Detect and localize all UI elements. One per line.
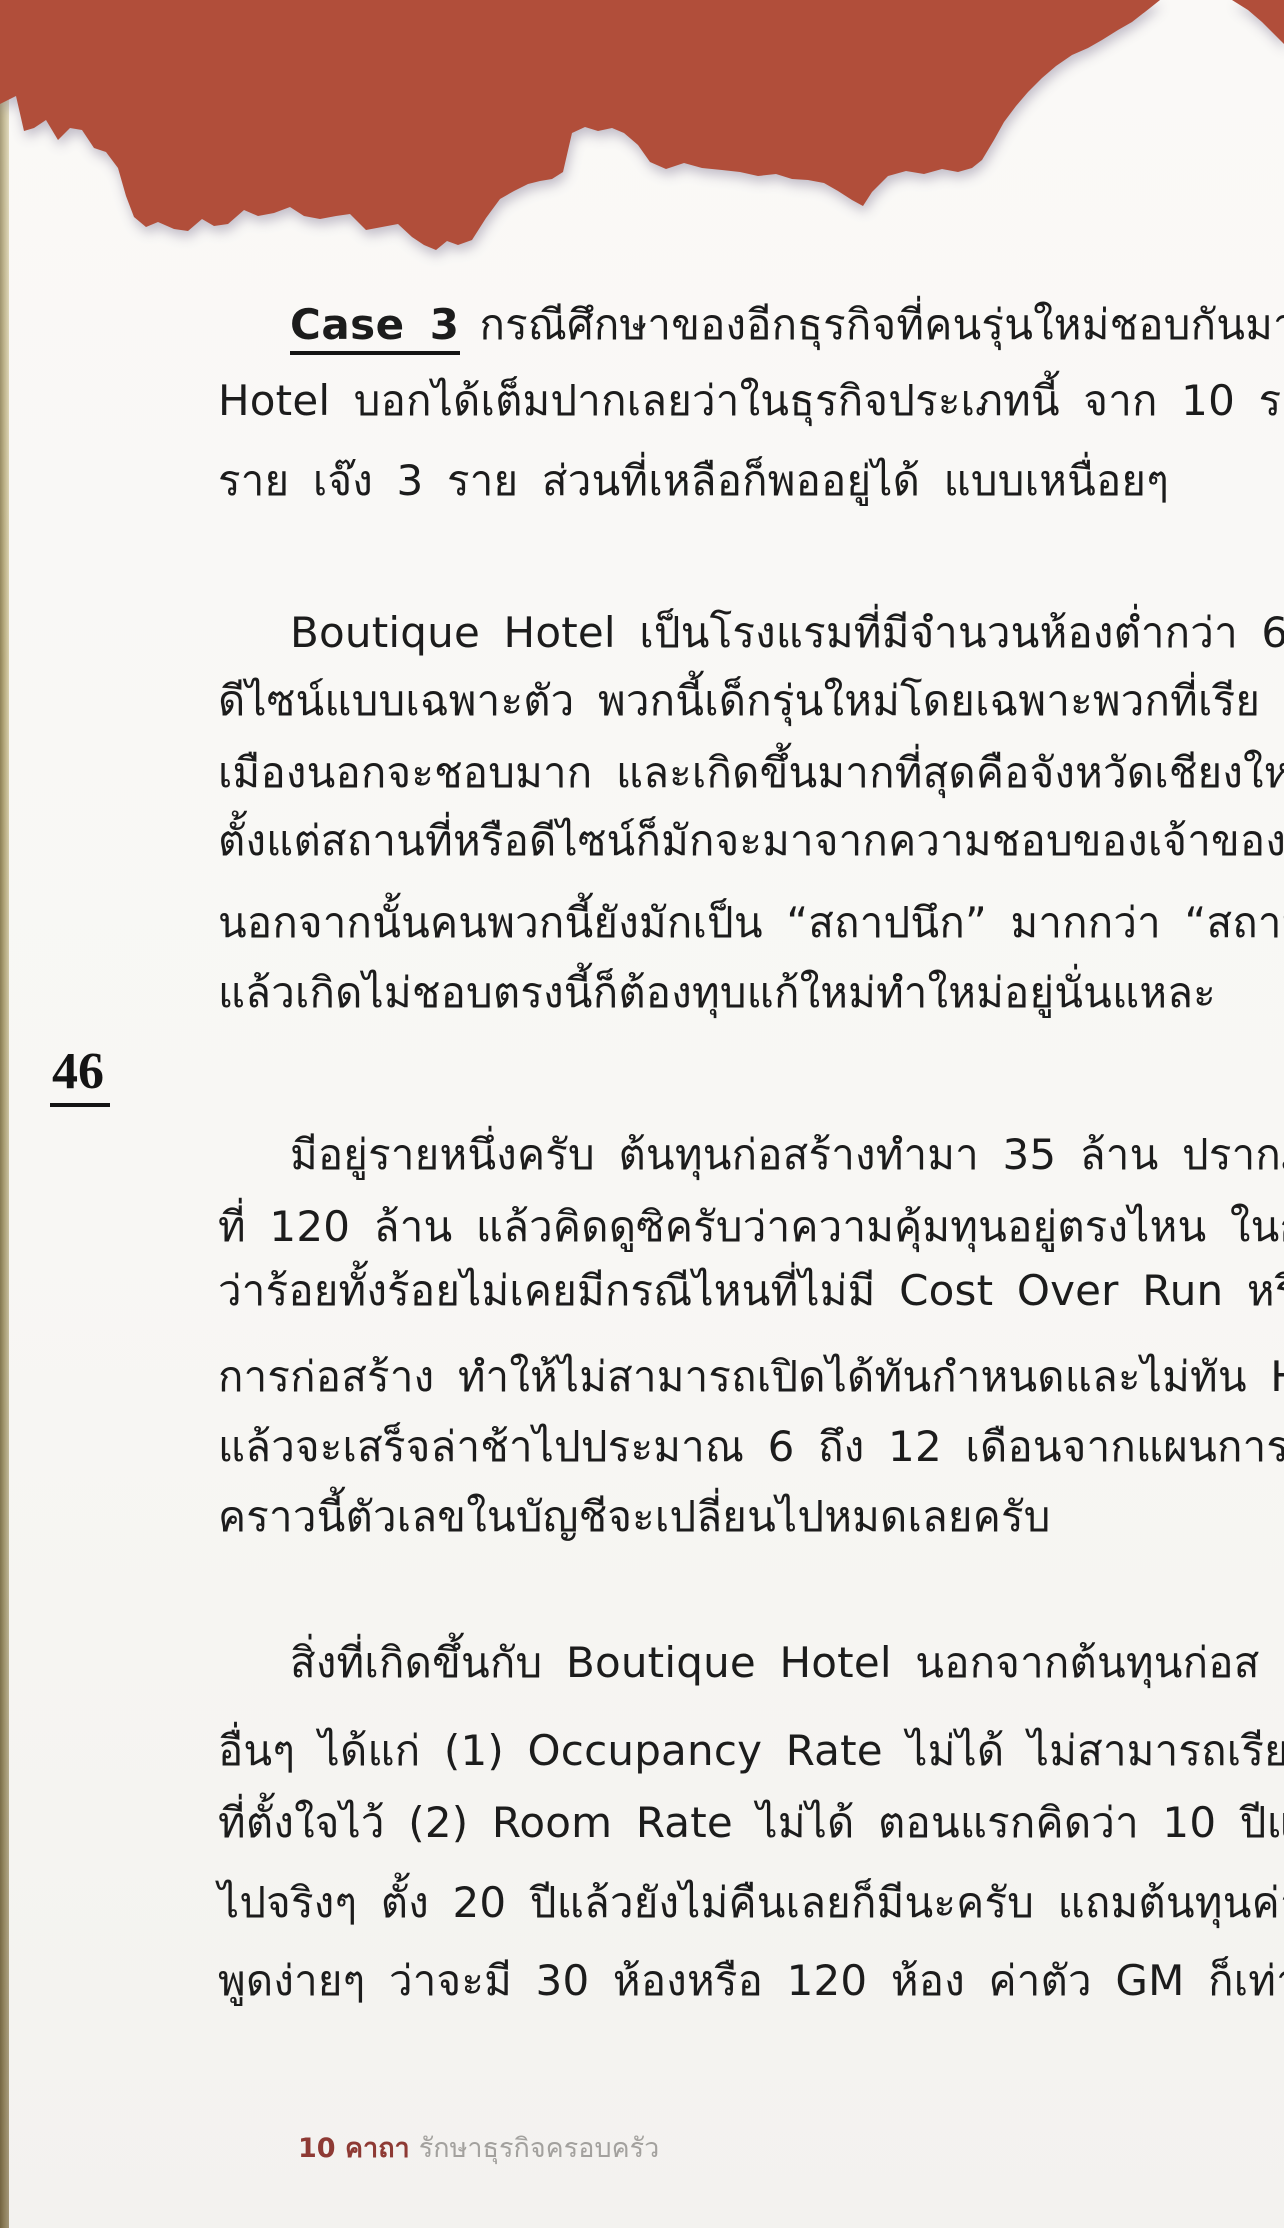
paragraph-line: Hotel บอกได้เต็มปากเลยว่าในธุรกิจประเภทน… [218, 368, 1284, 434]
torn-paper-edge [0, 0, 1284, 340]
paragraph-line: สิ่งที่เกิดขึ้นกับ Boutique Hotel นอกจาก… [290, 1630, 1260, 1696]
paragraph-line: เมืองนอกจะชอบมาก และเกิดขึ้นมากที่สุดคือ… [218, 740, 1284, 806]
case-heading-text: กรณีศึกษาของอีกธุรกิจที่คนรุ่นใหม่ชอบกัน… [480, 300, 1284, 349]
paragraph-line: พูดง่ายๆ ว่าจะมี 30 ห้องหรือ 120 ห้อง ค่… [218, 1948, 1284, 2014]
paragraph-line: การก่อสร้าง ทำให้ไม่สามารถเปิดได้ทันกำหน… [218, 1344, 1284, 1410]
paragraph-line: มีอยู่รายหนึ่งครับ ต้นทุนก่อสร้างทำมา 35… [290, 1122, 1284, 1188]
paragraph-line: แล้วจะเสร็จล่าช้าไปประมาณ 6 ถึง 12 เดือน… [218, 1414, 1284, 1480]
paragraph-line: ว่าร้อยทั้งร้อยไม่เคยมีกรณีไหนที่ไม่มี C… [218, 1258, 1284, 1324]
case-heading-line: Case 3กรณีศึกษาของอีกธุรกิจที่คนรุ่นใหม่… [290, 292, 1284, 358]
paragraph-line: ที่ 120 ล้าน แล้วคิดดูซิครับว่าความคุ้มท… [218, 1194, 1284, 1260]
case-label: Case 3 [290, 300, 460, 355]
page-footer: 10 คาถารักษาธุรกิจครอบครัว [298, 2126, 659, 2169]
footer-book-title: รักษาธุรกิจครอบครัว [419, 2133, 660, 2164]
paragraph-line: นอกจากนั้นคนพวกนี้ยังมักเป็น “สถาปนึก” ม… [218, 890, 1284, 956]
paragraph-line: ดีไซน์แบบเฉพาะตัว พวกนี้เด็กรุ่นใหม่โดยเ… [218, 668, 1260, 734]
page-number: 46 [50, 1042, 110, 1107]
paragraph-line: อื่นๆ ได้แก่ (1) Occupancy Rate ไม่ได้ ไ… [218, 1718, 1284, 1784]
paragraph-line: ไปจริงๆ ตั้ง 20 ปีแล้วยังไม่คืนเลยก็มีนะ… [218, 1870, 1284, 1936]
paragraph-line: ราย เจ๊ง 3 ราย ส่วนที่เหลือก็พออยู่ได้ แ… [218, 448, 1169, 514]
paragraph-line: แล้วเกิดไม่ชอบตรงนี้ก็ต้องทุบแก้ใหม่ทำให… [218, 960, 1216, 1026]
paragraph-line: ที่ตั้งใจไว้ (2) Room Rate ไม่ได้ ตอนแรก… [218, 1790, 1284, 1856]
paragraph-line: คราวนี้ตัวเลขในบัญชีจะเปลี่ยนไปหมดเลยครั… [218, 1484, 1051, 1550]
paragraph-line: ตั้งแต่สถานที่หรือดีไซน์ก็มักจะมาจากความ… [218, 808, 1284, 874]
book-page: 46 Case 3กรณีศึกษาของอีกธุรกิจที่คนรุ่นใ… [0, 0, 1284, 2228]
paragraph-line: Boutique Hotel เป็นโรงแรมที่มีจำนวนห้องต… [290, 600, 1284, 666]
footer-book-series: 10 คาถา [298, 2133, 410, 2164]
